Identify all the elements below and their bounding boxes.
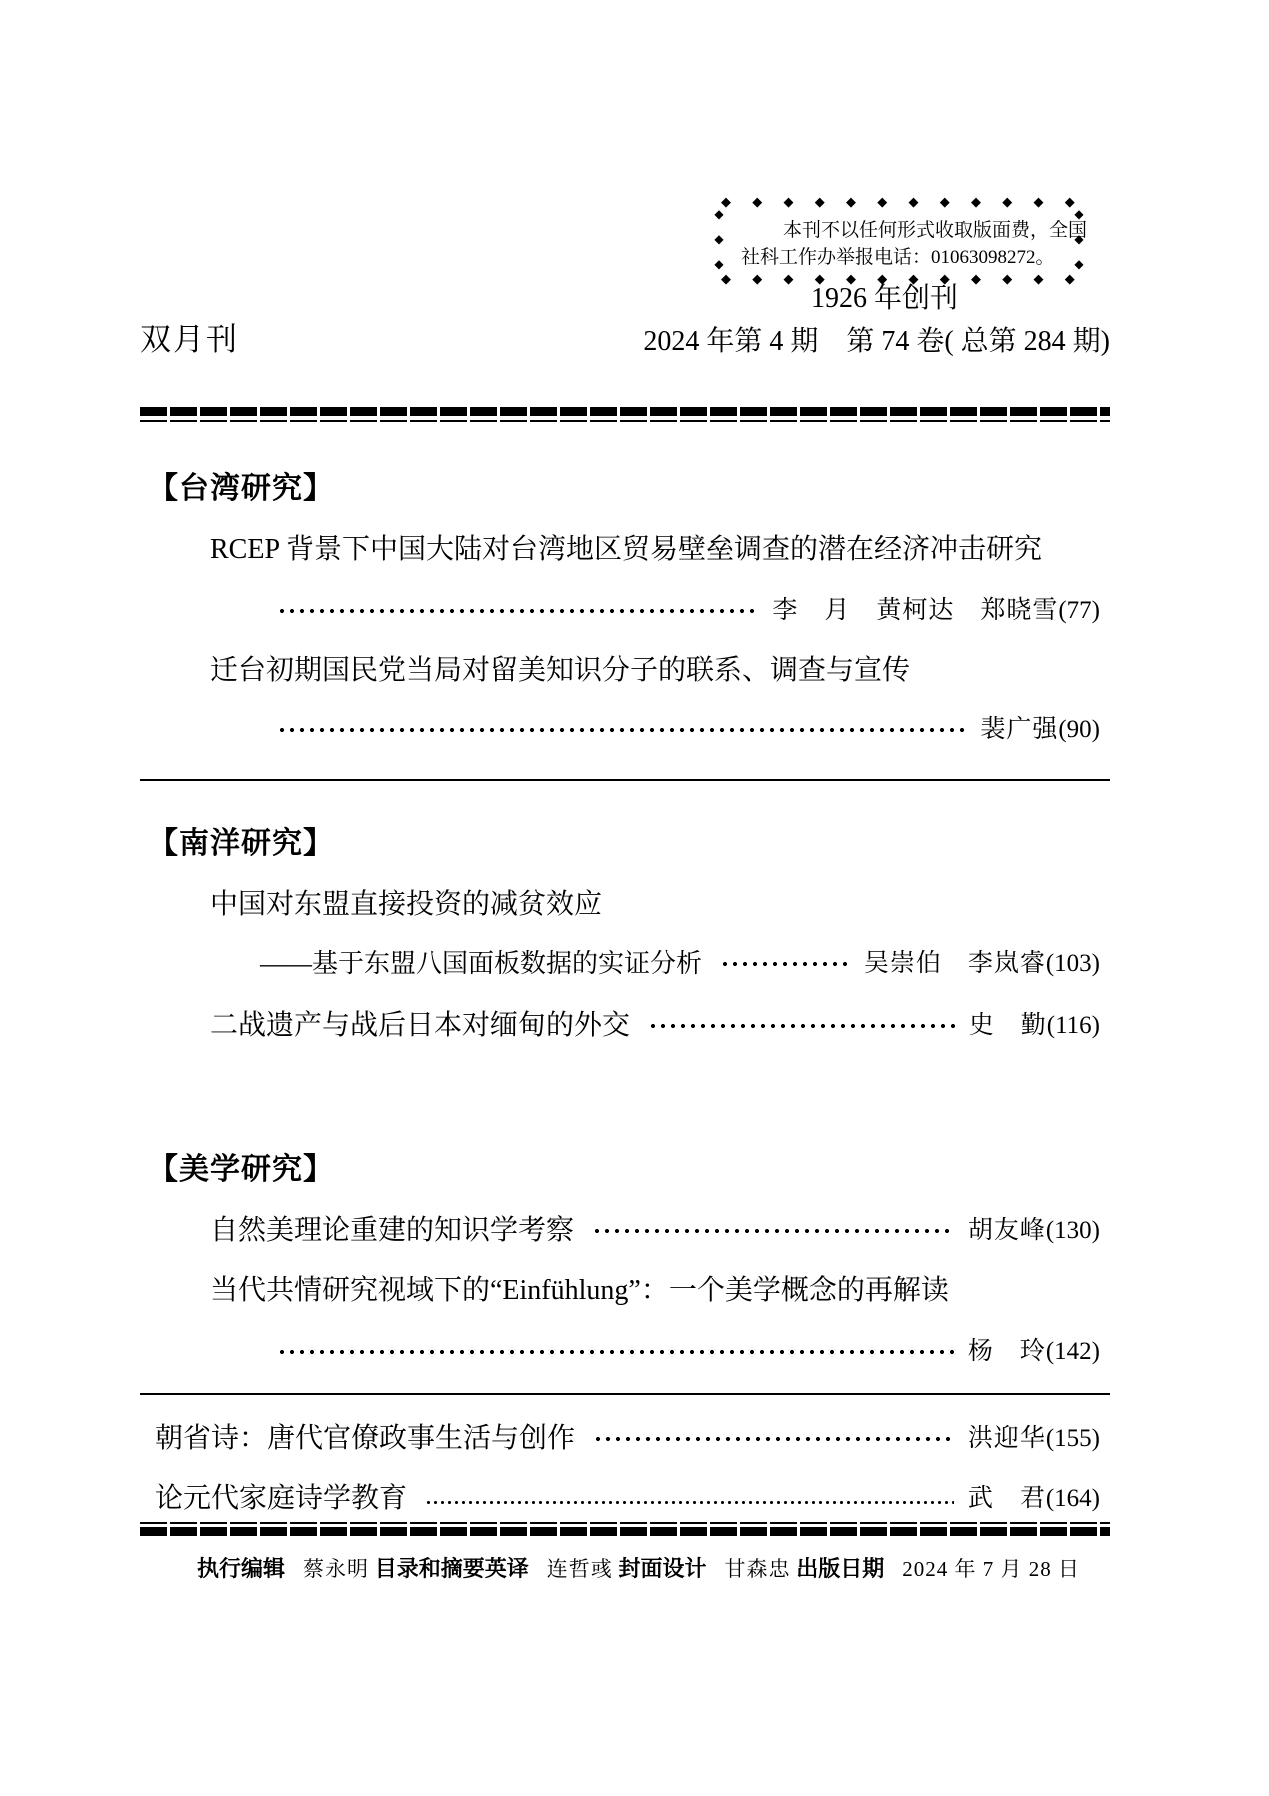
section-header-nanyang: 【南洋研究】 xyxy=(148,823,1110,865)
cover-design-label: 封面设计 xyxy=(618,1556,706,1581)
article-title-byline: 自然美理论重建的知识学考察 胡友峰 (130) xyxy=(140,1211,1110,1251)
article-byline: 李 月 黄柯达 郑晓雪 (77) xyxy=(140,592,1110,630)
article-subtitle: ——基于东盟八国面板数据的实证分析 xyxy=(260,946,702,982)
publish-date: 出版日期2024 年 7 月 28 日 xyxy=(796,1553,1080,1588)
masthead-rule xyxy=(140,407,1110,422)
page-number: (77) xyxy=(1058,592,1100,630)
article-byline: 裴广强 (90) xyxy=(140,711,1110,749)
dot-leader xyxy=(648,1006,955,1046)
rule-thin-line xyxy=(140,420,1110,422)
translation-credit: 目录和摘要英译连哲彧 xyxy=(375,1553,613,1588)
article-title-byline: 二战遗产与战后日本对缅甸的外交 史 勤 (116) xyxy=(140,1006,1110,1046)
rule-thick-line xyxy=(140,407,1110,416)
content-column: 1926 年创刊 双月刊 2024 年第 4 期 第 74 卷( 总第 284 … xyxy=(140,0,1110,1588)
page-number: (116) xyxy=(1047,1006,1100,1046)
author-names: 洪迎华 xyxy=(968,1419,1046,1459)
page-number: (130) xyxy=(1046,1211,1100,1251)
section-header-aesthetics: 【美学研究】 xyxy=(148,1149,1110,1191)
cover-design-credit: 封面设计甘森忠 xyxy=(618,1553,790,1588)
footer-rule xyxy=(140,1522,1110,1536)
page-number: (103) xyxy=(1046,946,1100,982)
frequency-label: 双月刊 xyxy=(140,321,239,359)
author-names: 杨 玲 xyxy=(968,1333,1046,1371)
rule-thick-line xyxy=(140,1527,1110,1536)
dot-leader xyxy=(720,946,850,982)
section-separator xyxy=(140,1393,1110,1395)
journal-toc-page: ◆ ◆ ◆ ◆ ◆ ◆ ◆ ◆ ◆ ◆ ◆ ◆ ◆ ◆ ◆ ◆ ◆ ◆ ◆ ◆ … xyxy=(0,0,1269,1796)
dot-leader xyxy=(425,1479,954,1519)
article-title-byline: 朝省诗：唐代官僚政事生活与创作 洪迎华 (155) xyxy=(140,1419,1110,1459)
rule-thin-line xyxy=(140,1522,1110,1524)
article-byline: 杨 玲 (142) xyxy=(140,1333,1110,1371)
executive-editor: 执行编辑蔡永明 xyxy=(197,1553,369,1588)
author-names: 胡友峰 xyxy=(968,1211,1046,1251)
article-title: RCEP 背景下中国大陆对台湾地区贸易壁垒调查的潜在经济冲击研究 xyxy=(140,530,1110,570)
translation-label: 目录和摘要英译 xyxy=(375,1556,529,1581)
page-number: (164) xyxy=(1046,1479,1100,1519)
author-names: 李 月 黄柯达 郑晓雪 xyxy=(772,592,1058,630)
article-title: 当代共情研究视域下的“Einfühlung”：一个美学概念的再解读 xyxy=(140,1271,1110,1311)
section-separator xyxy=(140,779,1110,781)
publish-date-label: 出版日期 xyxy=(796,1556,884,1581)
dot-leader xyxy=(592,1211,954,1251)
article-title-byline: 论元代家庭诗学教育 武 君 (164) xyxy=(140,1479,1110,1519)
executive-editor-label: 执行编辑 xyxy=(197,1556,285,1581)
page-number: (142) xyxy=(1046,1333,1100,1371)
article-title: 迁台初期国民党当局对留美知识分子的联系、调查与宣传 xyxy=(140,651,1110,691)
article-title: 中国对东盟直接投资的减贫效应 xyxy=(140,885,1110,925)
author-names: 吴崇伯 李岚睿 xyxy=(864,946,1046,982)
issue-info: 2024 年第 4 期 第 74 卷( 总第 284 期) xyxy=(643,323,1110,361)
dot-leader xyxy=(277,592,758,630)
author-names: 裴广强 xyxy=(980,711,1058,749)
author-names: 武 君 xyxy=(968,1479,1046,1519)
page-number: (90) xyxy=(1058,711,1100,749)
dot-leader xyxy=(277,1333,954,1371)
article-subtitle-byline: ——基于东盟八国面板数据的实证分析 吴崇伯 李岚睿 (103) xyxy=(140,946,1110,982)
dot-leader xyxy=(277,711,966,749)
founded-year: 1926 年创刊 xyxy=(140,281,1110,317)
footer-credits: 执行编辑蔡永明 目录和摘要英译连哲彧 封面设计甘森忠 出版日期2024 年 7 … xyxy=(140,1553,1110,1588)
masthead-row: 双月刊 2024 年第 4 期 第 74 卷( 总第 284 期) xyxy=(140,321,1110,361)
author-names: 史 勤 xyxy=(969,1006,1047,1046)
page-number: (155) xyxy=(1046,1419,1100,1459)
dot-leader xyxy=(593,1419,954,1459)
section-header-taiwan: 【台湾研究】 xyxy=(148,468,1110,510)
